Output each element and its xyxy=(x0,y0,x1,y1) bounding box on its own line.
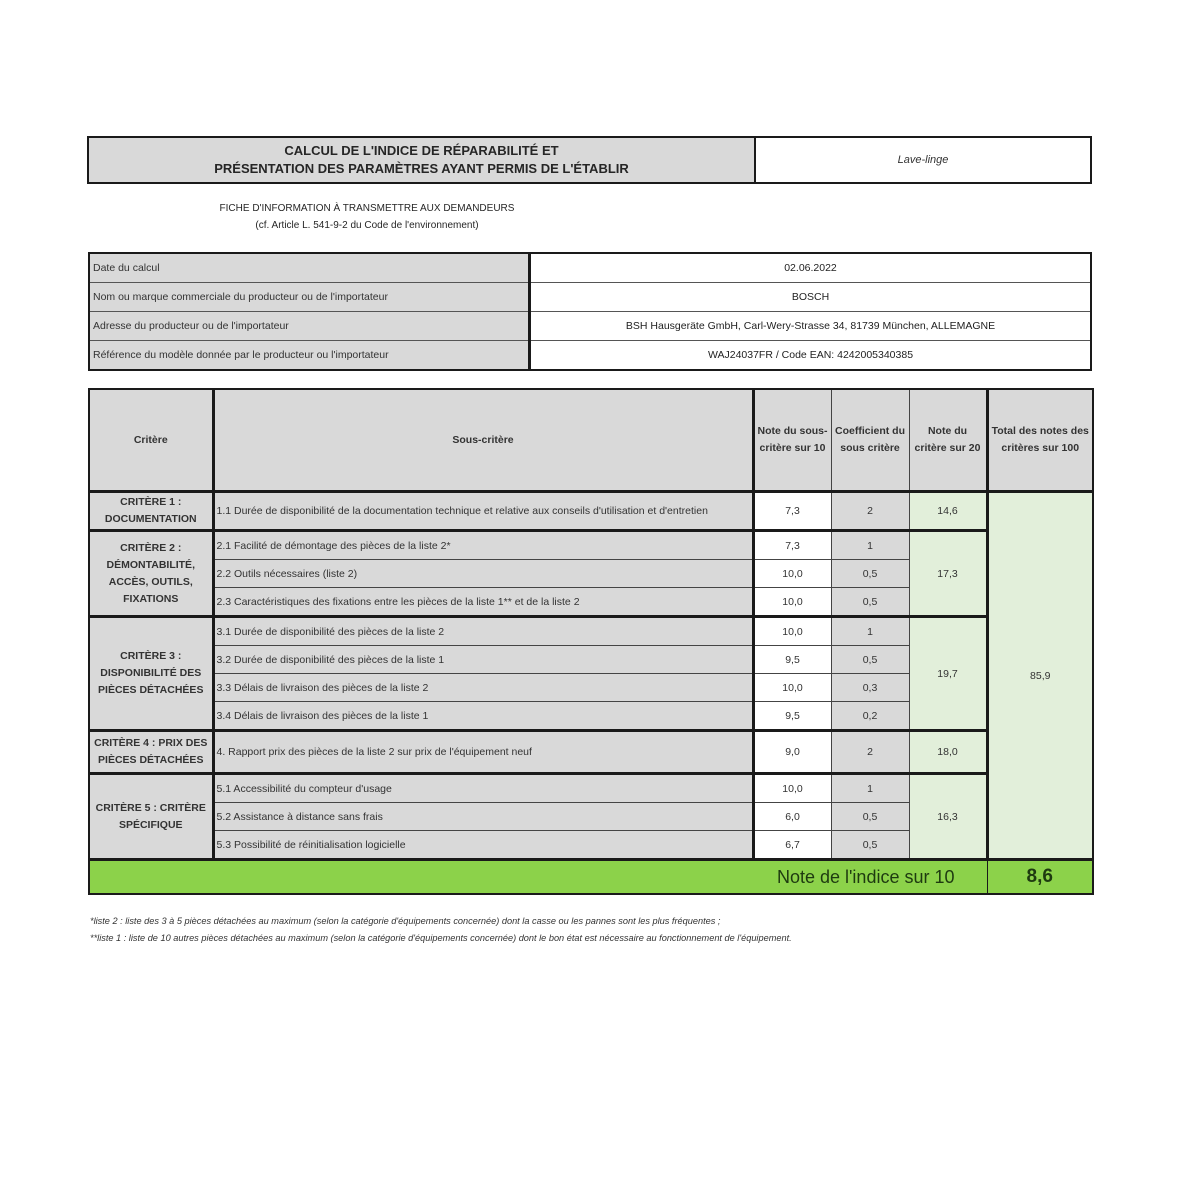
sub-criterion-note: 10,0 xyxy=(753,674,831,702)
sub-criterion-note: 10,0 xyxy=(753,617,831,646)
sub-criterion-note: 7,3 xyxy=(753,492,831,531)
info-value: WAJ24037FR / Code EAN: 4242005340385 xyxy=(530,341,1092,371)
sub-criterion-note: 6,0 xyxy=(753,803,831,831)
sub-criterion-coefficient: 0,5 xyxy=(831,803,909,831)
sub-criterion-coefficient: 1 xyxy=(831,617,909,646)
criterion-score: 19,7 xyxy=(909,617,987,731)
sub-criterion-note: 10,0 xyxy=(753,560,831,588)
sub-criterion-label: 2.2 Outils nécessaires (liste 2) xyxy=(213,560,753,588)
table-row: CRITÈRE 4 : PRIX DES PIÈCES DÉTACHÉES4. … xyxy=(89,731,1093,774)
title-line-2: PRÉSENTATION DES PARAMÈTRES AYANT PERMIS… xyxy=(214,160,629,178)
sub-criterion-coefficient: 0,5 xyxy=(831,588,909,617)
footnote-liste-2: *liste 2 : liste des 3 à 5 pièces détach… xyxy=(90,916,720,926)
sub-criterion-note: 9,5 xyxy=(753,646,831,674)
sub-criterion-note: 10,0 xyxy=(753,588,831,617)
sub-criterion-label: 3.1 Durée de disponibilité des pièces de… xyxy=(213,617,753,646)
table-row: CRITÈRE 1 : DOCUMENTATION1.1 Durée de di… xyxy=(89,492,1093,531)
document-title-box: CALCUL DE L'INDICE DE RÉPARABILITÉ ET PR… xyxy=(87,136,1092,184)
sub-criterion-label: 2.3 Caractéristiques des fixations entre… xyxy=(213,588,753,617)
product-info-table: Date du calcul02.06.2022Nom ou marque co… xyxy=(88,252,1092,371)
subtitle-line-2: (cf. Article L. 541-9-2 du Code de l'env… xyxy=(87,220,647,231)
info-value: BSH Hausgeräte GmbH, Carl-Wery-Strasse 3… xyxy=(530,312,1092,341)
info-label: Nom ou marque commerciale du producteur … xyxy=(89,283,530,312)
sub-criterion-coefficient: 0,5 xyxy=(831,831,909,860)
criterion-name: CRITÈRE 2 : DÉMONTABILITÉ, ACCÈS, OUTILS… xyxy=(89,531,213,617)
final-score-row: Note de l'indice sur 10 8,6 xyxy=(89,860,1093,895)
sub-criterion-label: 5.3 Possibilité de réinitialisation logi… xyxy=(213,831,753,860)
sub-criterion-coefficient: 1 xyxy=(831,531,909,560)
sub-criterion-note: 9,5 xyxy=(753,702,831,731)
criterion-name: CRITÈRE 4 : PRIX DES PIÈCES DÉTACHÉES xyxy=(89,731,213,774)
sub-criterion-label: 3.4 Délais de livraison des pièces de la… xyxy=(213,702,753,731)
document-title: CALCUL DE L'INDICE DE RÉPARABILITÉ ET PR… xyxy=(89,138,756,182)
sub-criterion-note: 7,3 xyxy=(753,531,831,560)
sub-criterion-note: 10,0 xyxy=(753,774,831,803)
sub-criterion-coefficient: 1 xyxy=(831,774,909,803)
sub-criterion-coefficient: 0,5 xyxy=(831,646,909,674)
sub-criterion-note: 6,7 xyxy=(753,831,831,860)
info-row: Nom ou marque commerciale du producteur … xyxy=(89,283,1091,312)
sub-criterion-coefficient: 0,2 xyxy=(831,702,909,731)
criterion-score: 16,3 xyxy=(909,774,987,860)
table-row: CRITÈRE 5 : CRITÈRE SPÉCIFIQUE5.1 Access… xyxy=(89,774,1093,803)
info-row: Référence du modèle donnée par le produc… xyxy=(89,341,1091,371)
criterion-name: CRITÈRE 5 : CRITÈRE SPÉCIFIQUE xyxy=(89,774,213,860)
sub-criterion-coefficient: 0,5 xyxy=(831,560,909,588)
info-row: Adresse du producteur ou de l'importateu… xyxy=(89,312,1091,341)
criterion-score: 14,6 xyxy=(909,492,987,531)
info-label: Date du calcul xyxy=(89,253,530,283)
final-score-label: Note de l'indice sur 10 xyxy=(89,860,987,895)
table-row: CRITÈRE 3 : DISPONIBILITÉ DES PIÈCES DÉT… xyxy=(89,617,1093,646)
info-row: Date du calcul02.06.2022 xyxy=(89,253,1091,283)
header-sous-critere: Sous-critère xyxy=(213,389,753,492)
info-label: Adresse du producteur ou de l'importateu… xyxy=(89,312,530,341)
info-value: BOSCH xyxy=(530,283,1092,312)
repairability-table: Critère Sous-critère Note du sous-critèr… xyxy=(88,388,1094,895)
header-note-critere: Note du critère sur 20 xyxy=(909,389,987,492)
sub-criterion-label: 5.1 Accessibilité du compteur d'usage xyxy=(213,774,753,803)
sub-criterion-coefficient: 0,3 xyxy=(831,674,909,702)
table-header-row: Critère Sous-critère Note du sous-critèr… xyxy=(89,389,1093,492)
header-coefficient: Coefficient du sous critère xyxy=(831,389,909,492)
title-line-1: CALCUL DE L'INDICE DE RÉPARABILITÉ ET xyxy=(284,142,558,160)
info-label: Référence du modèle donnée par le produc… xyxy=(89,341,530,371)
subtitle-line-1: FICHE D'INFORMATION À TRANSMETTRE AUX DE… xyxy=(87,203,647,214)
header-note-sous-critere: Note du sous-critère sur 10 xyxy=(753,389,831,492)
total-score: 85,9 xyxy=(987,492,1093,860)
sub-criterion-label: 3.3 Délais de livraison des pièces de la… xyxy=(213,674,753,702)
criterion-score: 17,3 xyxy=(909,531,987,617)
criterion-name: CRITÈRE 3 : DISPONIBILITÉ DES PIÈCES DÉT… xyxy=(89,617,213,731)
table-row: CRITÈRE 2 : DÉMONTABILITÉ, ACCÈS, OUTILS… xyxy=(89,531,1093,560)
sub-criterion-label: 1.1 Durée de disponibilité de la documen… xyxy=(213,492,753,531)
header-critere: Critère xyxy=(89,389,213,492)
sub-criterion-label: 2.1 Facilité de démontage des pièces de … xyxy=(213,531,753,560)
footnote-liste-1: **liste 1 : liste de 10 autres pièces dé… xyxy=(90,933,792,943)
criterion-score: 18,0 xyxy=(909,731,987,774)
product-category: Lave-linge xyxy=(756,138,1090,182)
sub-criterion-note: 9,0 xyxy=(753,731,831,774)
sub-criterion-label: 4. Rapport prix des pièces de la liste 2… xyxy=(213,731,753,774)
sub-criterion-label: 5.2 Assistance à distance sans frais xyxy=(213,803,753,831)
final-score-value: 8,6 xyxy=(987,860,1093,895)
criterion-name: CRITÈRE 1 : DOCUMENTATION xyxy=(89,492,213,531)
sub-criterion-label: 3.2 Durée de disponibilité des pièces de… xyxy=(213,646,753,674)
sub-criterion-coefficient: 2 xyxy=(831,731,909,774)
sub-criterion-coefficient: 2 xyxy=(831,492,909,531)
header-total: Total des notes des critères sur 100 xyxy=(987,389,1093,492)
info-value: 02.06.2022 xyxy=(530,253,1092,283)
